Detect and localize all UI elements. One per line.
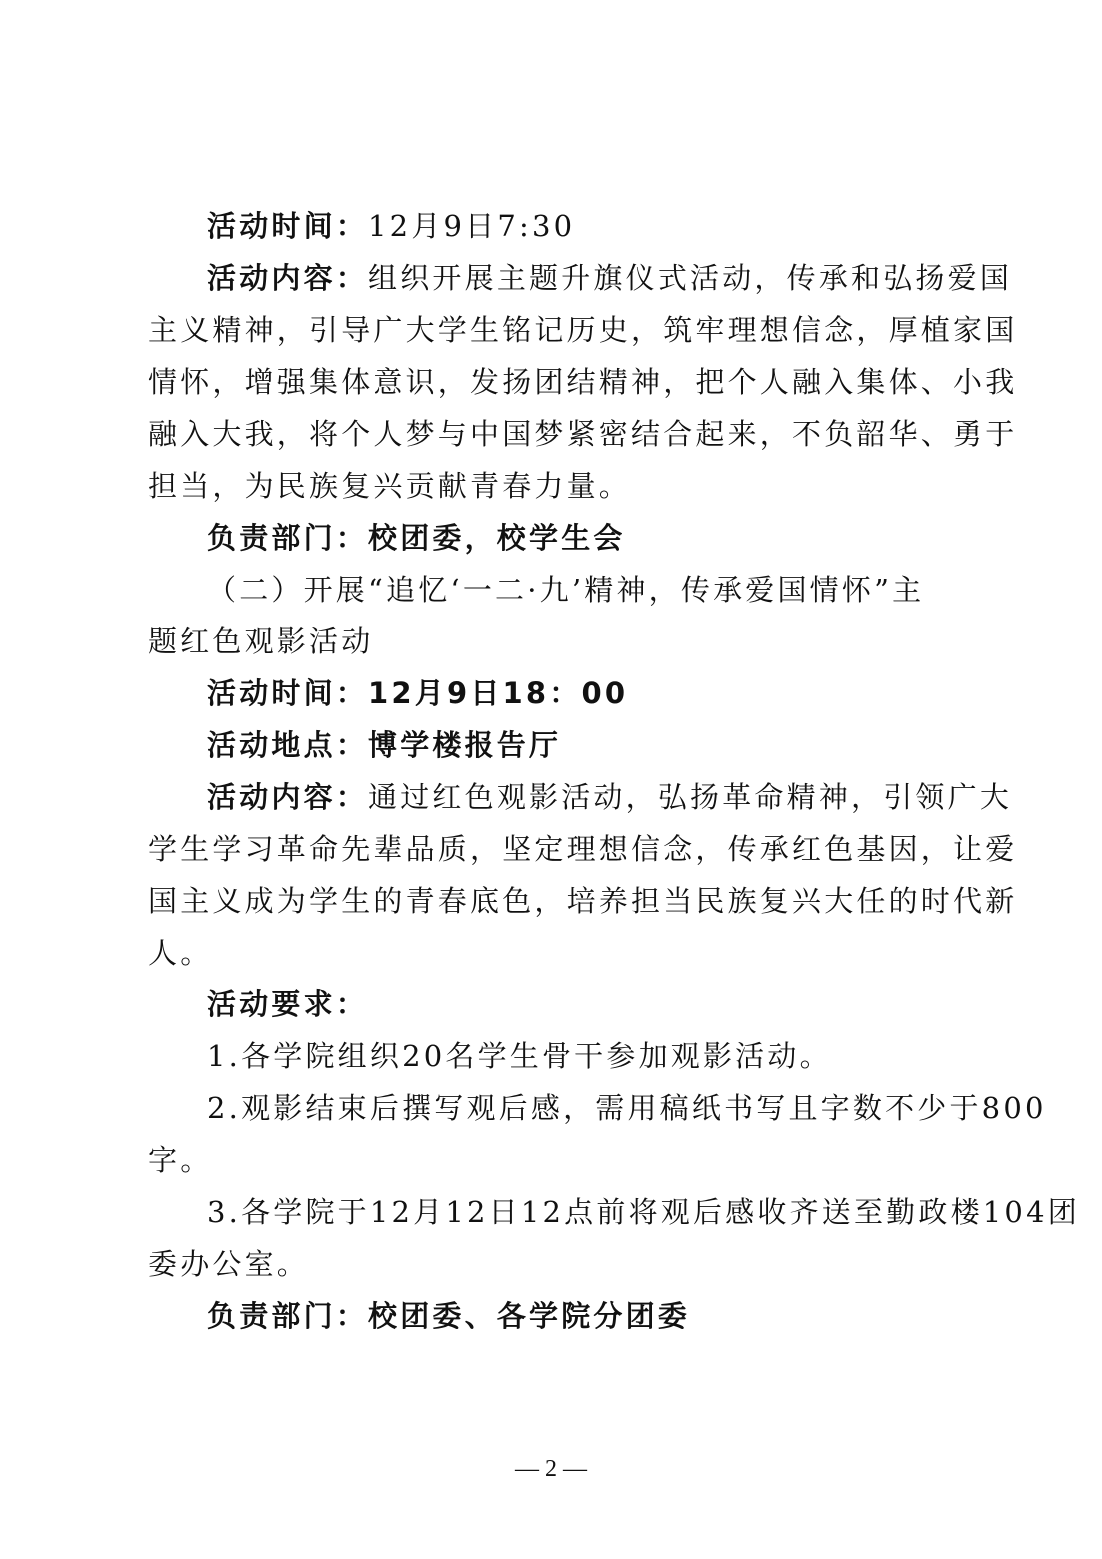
page-number: — 2 — [0,1456,1102,1483]
requirement-item-2: 2.观影结束后撰写观后感，需用稿纸书写且字数不少于800 [207,1089,1047,1127]
responsible-dept: 负责部门：校团委，校学生会 [207,519,626,557]
activity-time-value: 12月9日7:30 [368,209,575,243]
activity-time: 活动时间：12月9日18：00 [207,674,628,712]
activity-content-text: 通过红色观影活动，弘扬革命精神，引领广大 [368,780,1012,814]
activity-time-line: 活动时间：12月9日7:30 [207,207,575,245]
requirements-label: 活动要求： [207,985,368,1023]
activity-place: 活动地点：博学楼报告厅 [207,726,561,764]
requirement-item-3-cont: 委办公室。 [148,1245,309,1283]
paragraph-line: 学生学习革命先辈品质，坚定理想信念，传承红色基因，让爱 [148,830,1017,868]
paragraph-line: 担当，为民族复兴贡献青春力量。 [148,467,631,505]
paragraph-line: 情怀，增强集体意识，发扬团结精神，把个人融入集体、小我 [148,363,1017,401]
paragraph-line: 国主义成为学生的青春底色，培养担当民族复兴大任的时代新 [148,882,1017,920]
paragraph-line: 主义精神，引导广大学生铭记历史，筑牢理想信念，厚植家国 [148,311,1017,349]
activity-content-text: 组织开展主题升旗仪式活动，传承和弘扬爱国 [368,261,1012,295]
activity-content-line: 活动内容：组织开展主题升旗仪式活动，传承和弘扬爱国 [207,259,1012,297]
requirement-item-1: 1.各学院组织20名学生骨干参加观影活动。 [207,1037,832,1075]
paragraph-line: 融入大我，将个人梦与中国梦紧密结合起来，不负韶华、勇于 [148,415,1017,453]
responsible-dept: 负责部门：校团委、各学院分团委 [207,1297,690,1335]
paragraph-line: 人。 [148,934,212,972]
activity-content-label: 活动内容： [207,261,368,295]
requirement-item-3: 3.各学院于12月12日12点前将观后感收齐送至勤政楼104团 [207,1193,1080,1231]
requirement-item-2-cont: 字。 [148,1141,212,1179]
section-heading: （二）开展“追忆‘一二·九’精神，传承爱国情怀”主 [207,571,924,609]
section-heading-cont: 题红色观影活动 [148,622,373,660]
activity-time-label: 活动时间： [207,209,368,243]
activity-content-line: 活动内容：通过红色观影活动，弘扬革命精神，引领广大 [207,778,1012,816]
activity-content-label: 活动内容： [207,780,368,814]
